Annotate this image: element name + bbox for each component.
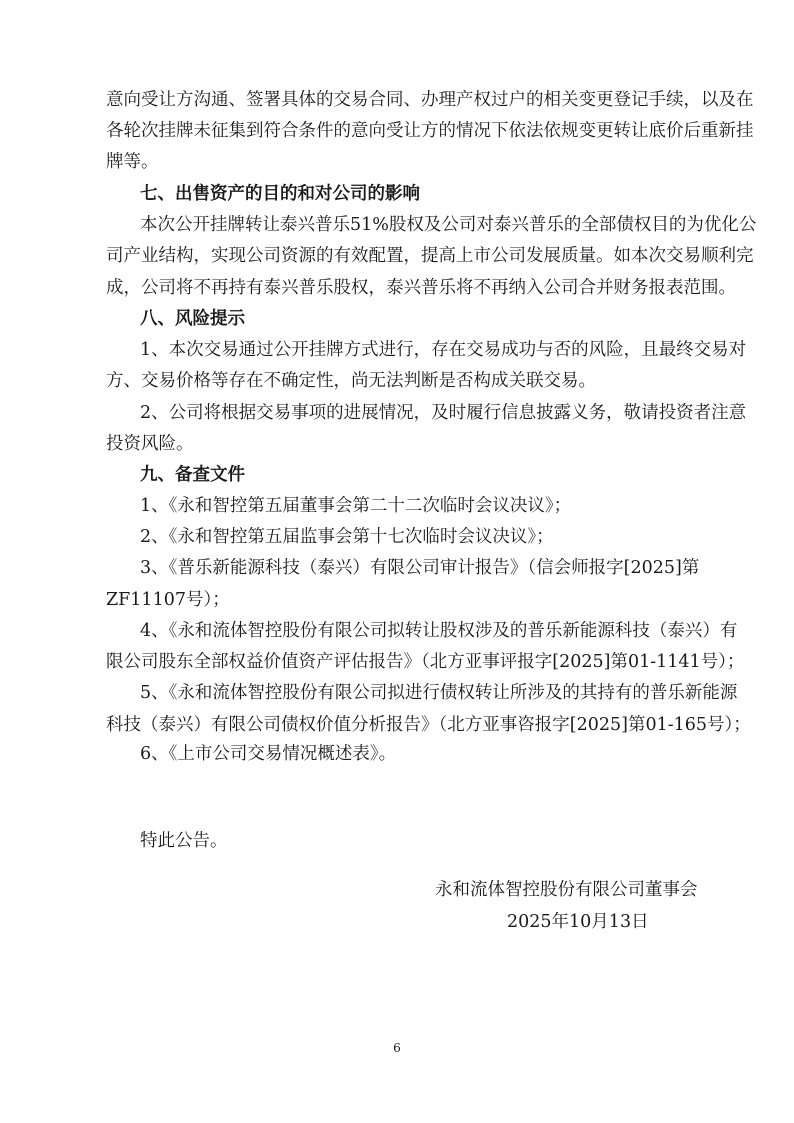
reference-item-continued: 科技（泰兴）有限公司债权价值分析报告》（北方亚事咨报字[2025]第01-165… (106, 713, 698, 737)
body-text-line: 投资风险。 (106, 432, 698, 456)
section-heading-8: 八、风险提示 (140, 307, 698, 331)
body-text-line: 意向受让方沟通、签署具体的交易合同、办理产权过户的相关变更登记手续，以及在 (106, 88, 698, 112)
page-number: 6 (0, 1040, 794, 1056)
body-text-line: 各轮次挂牌未征集到符合条件的意向受让方的情况下依法依规变更转让底价后重新挂 (106, 119, 698, 143)
body-text-line: 方、交易价格等存在不确定性，尚无法判断是否构成关联交易。 (106, 369, 698, 393)
closing-statement: 特此公告。 (140, 829, 698, 853)
reference-item: 3、《普乐新能源科技（泰兴）有限公司审计报告》（信会师报字[2025]第 (140, 556, 698, 580)
body-text-line: 牌等。 (106, 150, 698, 174)
section-heading-9: 九、备查文件 (140, 463, 698, 487)
reference-item: 2、《永和智控第五届监事会第十七次临时会议决议》； (140, 525, 698, 549)
reference-item-continued: 限公司股东全部权益价值资产评估报告》（北方亚事评报字[2025]第01-1141… (106, 650, 698, 674)
section-heading-7: 七、出售资产的目的和对公司的影响 (140, 182, 698, 206)
body-text-line: 1、本次交易通过公开挂牌方式进行，存在交易成功与否的风险，且最终交易对 (140, 338, 698, 362)
body-text-line: 司产业结构，实现公司资源的有效配置，提高上市公司发展质量。如本次交易顺利完 (106, 244, 698, 268)
reference-item: 1、《永和智控第五届董事会第二十二次临时会议决议》； (140, 494, 698, 518)
reference-item-continued: ZF11107号）； (106, 588, 698, 612)
document-page: 意向受让方沟通、签署具体的交易合同、办理产权过户的相关变更登记手续，以及在 各轮… (0, 0, 794, 1123)
reference-item: 5、《永和流体智控股份有限公司拟进行债权转让所涉及的其持有的普乐新能源 (140, 681, 698, 705)
body-text-line: 成，公司将不再持有泰兴普乐股权，泰兴普乐将不再纳入公司合并财务报表范围。 (106, 276, 698, 300)
body-text-line: 本次公开挂牌转让泰兴普乐51%股权及公司对泰兴普乐的全部债权目的为优化公 (140, 213, 698, 237)
signature-company: 永和流体智控股份有限公司董事会 (435, 878, 698, 902)
body-text-line: 2、公司将根据交易事项的进展情况，及时履行信息披露义务，敬请投资者注意 (140, 401, 698, 425)
reference-item: 6、《上市公司交易情况概述表》。 (140, 742, 698, 766)
signature-date: 2025年10月13日 (507, 910, 649, 934)
reference-item: 4、《永和流体智控股份有限公司拟转让股权涉及的普乐新能源科技（泰兴）有 (140, 619, 698, 643)
